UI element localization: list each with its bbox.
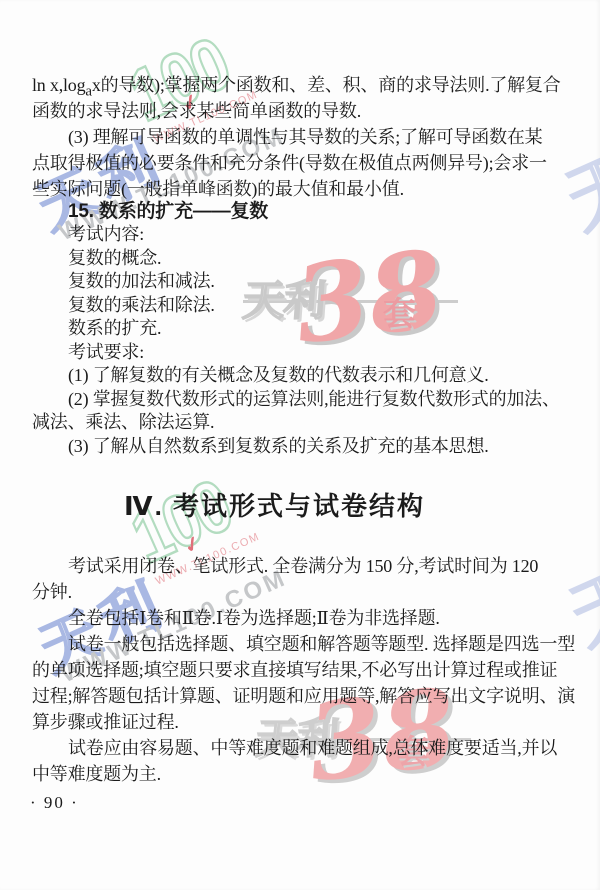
- text-line: 分钟.: [32, 582, 572, 603]
- list-item: (1) 了解复数的有关概念及复数的代数表示和几何意义.: [32, 365, 600, 386]
- text-line: 考试采用闭卷、笔试形式. 全卷满分为 150 分,考试时间为 120: [32, 556, 600, 577]
- text-line: 算步骤或推证过程.: [32, 712, 572, 733]
- text-line: 点取得极值的必要条件和充分条件(导数在极值点两侧异号);会求一: [32, 153, 572, 174]
- list-item: 复数的乘法和除法.: [32, 295, 600, 316]
- list-item: 复数的加法和减法.: [32, 271, 600, 292]
- text-line: 函数的求导法则,会求某些简单函数的导数.: [32, 101, 572, 122]
- text-line: 中等难度题为主.: [32, 764, 572, 785]
- text-line: (3) 理解可导函数的单调性与其导数的关系;了解可导函数在某: [32, 127, 600, 148]
- exam-content-label: 考试内容:: [32, 224, 600, 245]
- math-text: ln x,log: [32, 75, 85, 95]
- list-item: (2) 掌握复数代数形式的运算法则,能进行复数代数形式的加法、: [32, 389, 600, 410]
- exam-requirements-label: 考试要求:: [32, 342, 600, 363]
- text-line: 过程;解答题包括计算题、证明题和应用题等,解答应写出文字说明、演: [32, 686, 572, 707]
- text-line: ln x,logax的导数);掌握两个函数和、差、积、商的求导法则.了解复合: [32, 75, 572, 103]
- body-text: x的导数);掌握两个函数和、差、积、商的求导法则.了解复合: [92, 75, 561, 95]
- text-line: 全卷包括Ⅰ卷和Ⅱ卷.Ⅰ卷为选择题;Ⅱ卷为非选择题.: [32, 608, 600, 629]
- page-number: · 90 ·: [30, 793, 79, 813]
- text-line: 试卷应由容易题、中等难度题和难题组成,总体难度要适当,并以: [32, 738, 600, 759]
- list-item: 复数的概念.: [32, 248, 600, 269]
- section-heading: Ⅳ. 考试形式与试卷结构: [124, 486, 425, 523]
- list-item: 数系的扩充.: [32, 318, 600, 339]
- text-line: 些实际问题(一般指单峰函数)的最大值和最小值.: [32, 179, 572, 200]
- item-15-heading: 15. 数系的扩充——复数: [32, 201, 600, 222]
- text-line: 的单项选择题;填空题只要求直接填写结果,不必写出计算过程或推证: [32, 660, 572, 681]
- text-line: 试卷一般包括选择题、填空题和解答题等题型. 选择题是四选一型: [32, 634, 600, 655]
- list-item: 减法、乘法、除法运算.: [32, 412, 572, 433]
- scanned-document-page: 天利 100 ✓ WWW.TL100.COM WWW.TL100.COM 天利 …: [0, 0, 600, 890]
- list-item: (3) 了解从自然数系到复数系的关系及扩充的基本思想.: [32, 436, 600, 457]
